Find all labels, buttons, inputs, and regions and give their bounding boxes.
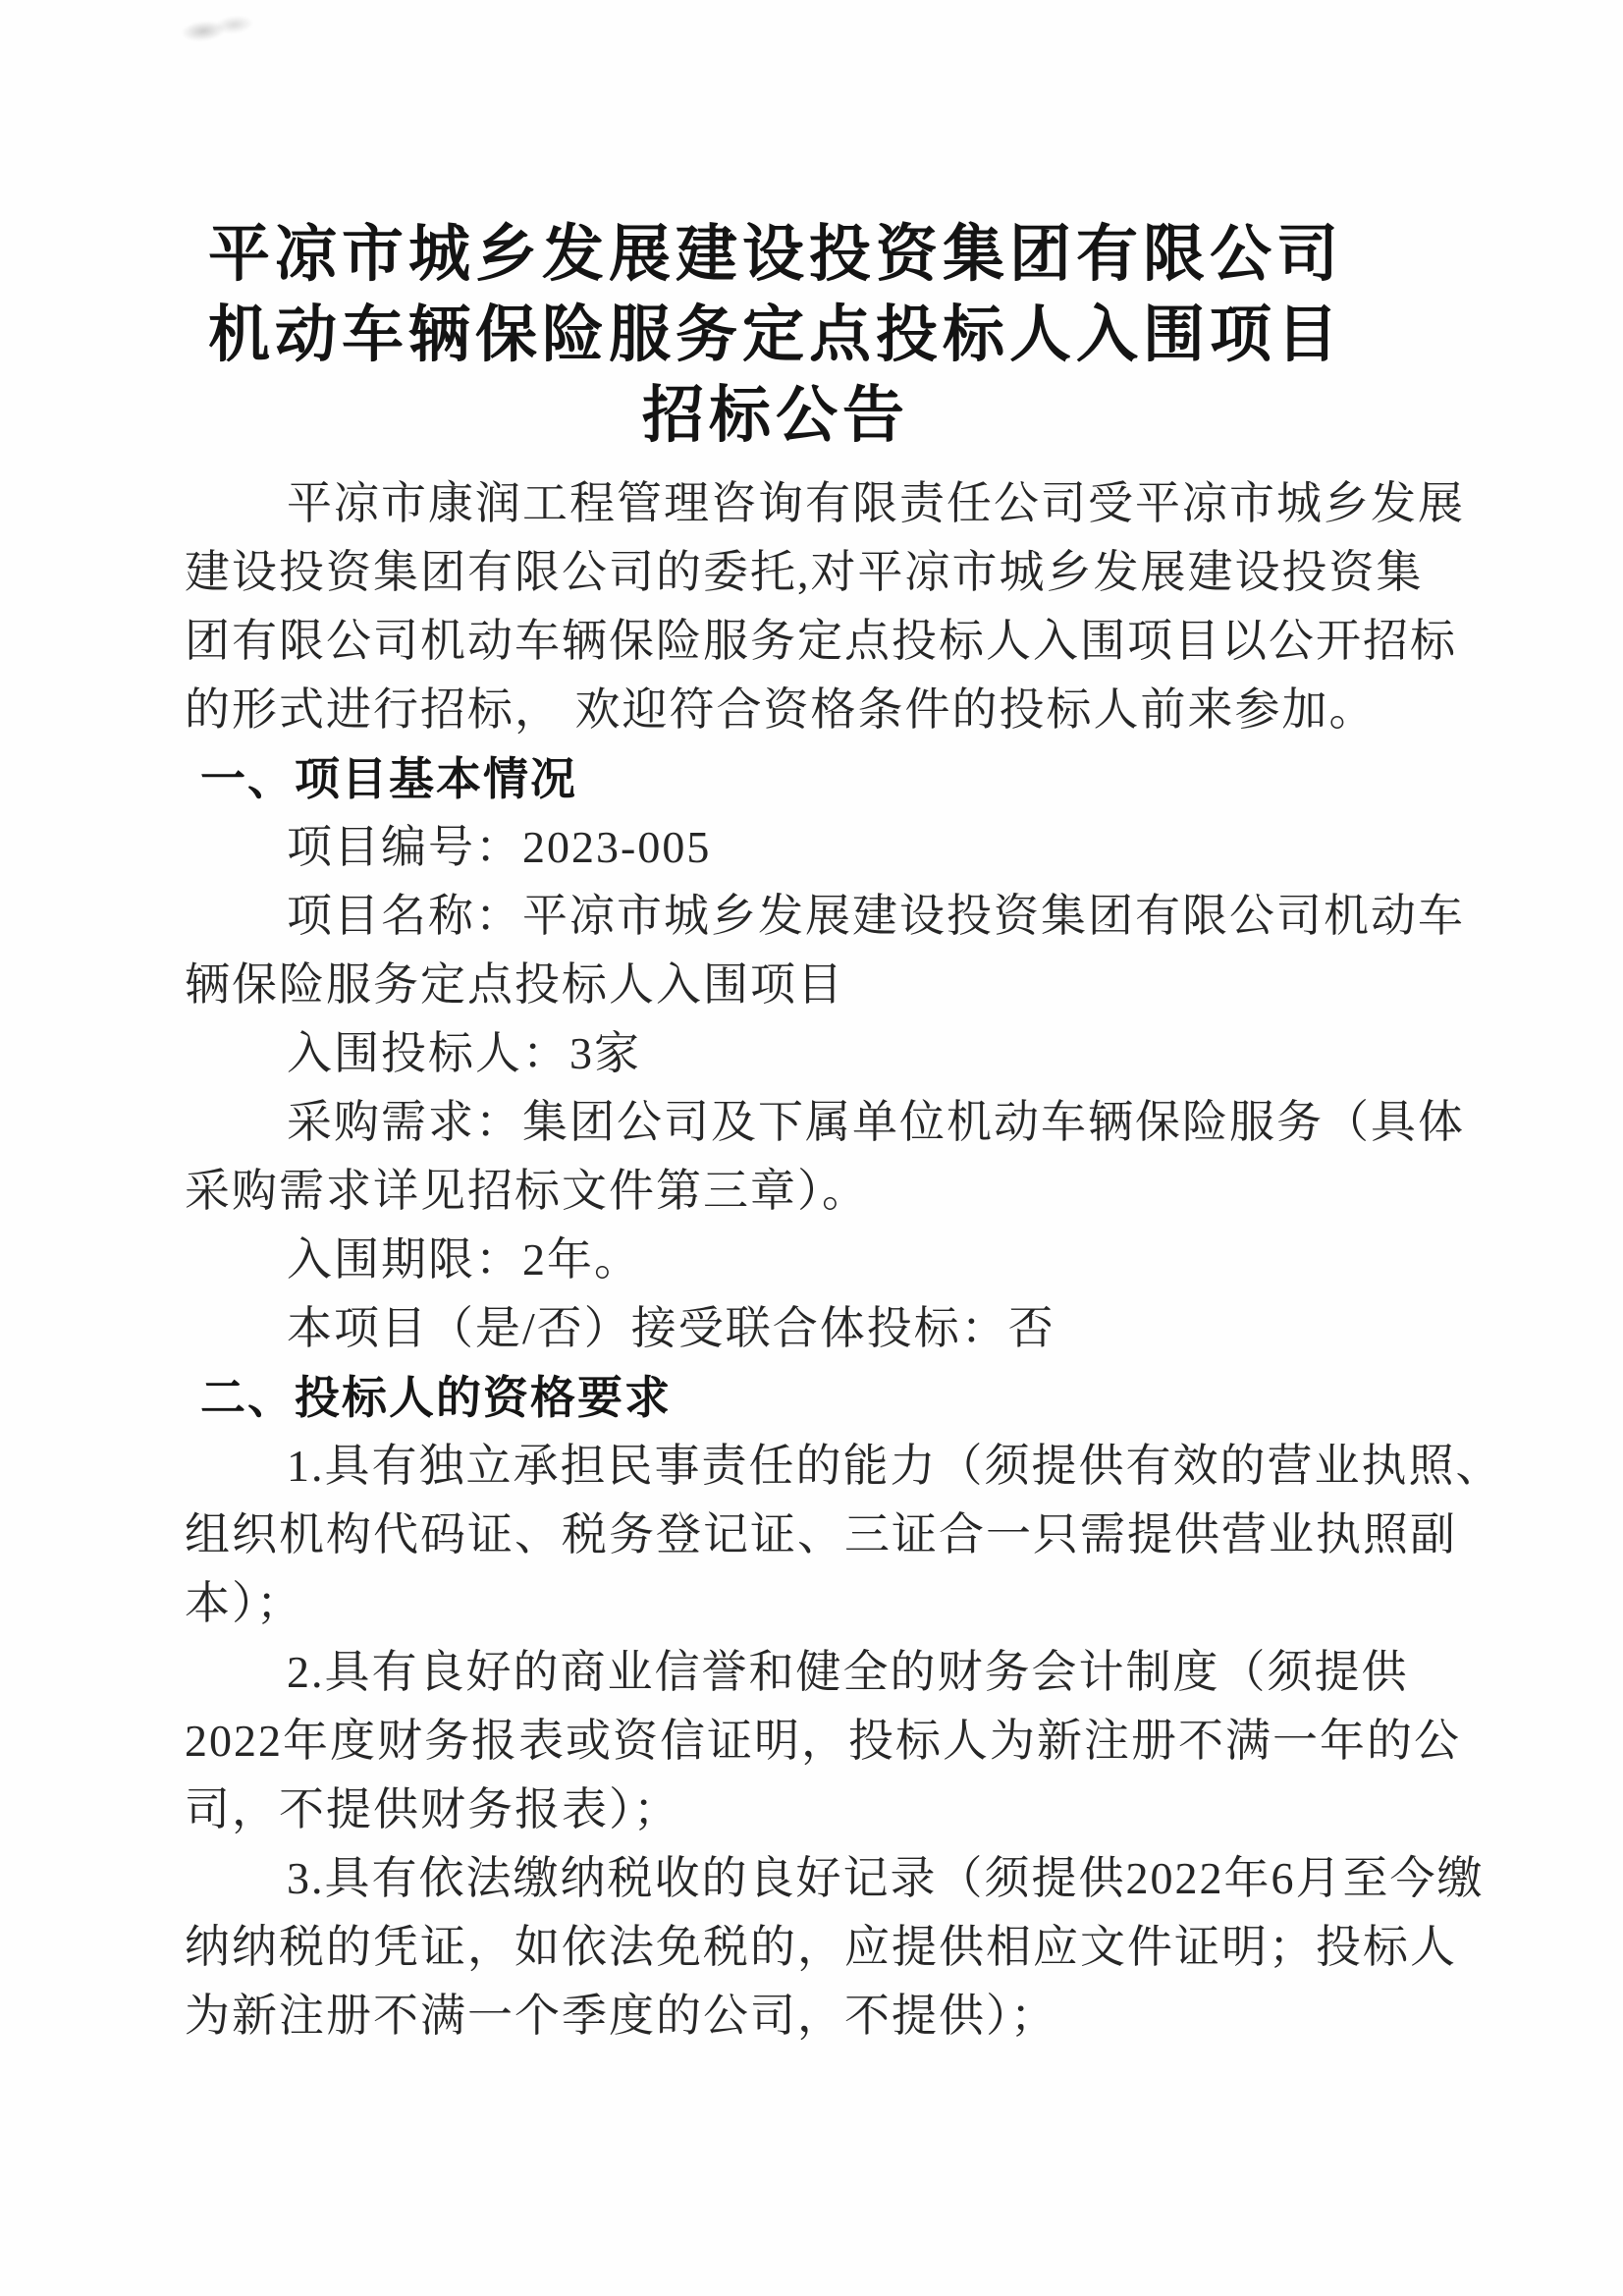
text-line: 2.具有良好的商业信誉和健全的财务会计制度（须提供 xyxy=(185,1638,1451,1707)
text-line: 司，不提供财务报表）； xyxy=(185,1776,1451,1844)
document-title: 平凉市城乡发展建设投资集团有限公司 机动车辆保险服务定点投标人入围项目 招标公告 xyxy=(0,214,1551,456)
text-line: 的形式进行招标， 欢迎符合资格条件的投标人前来参加。 xyxy=(185,676,1451,744)
text-line: 建设投资集团有限公司的委托,对平凉市城乡发展建设投资集 xyxy=(185,538,1451,607)
document-page: 平凉市城乡发展建设投资集团有限公司 机动车辆保险服务定点投标人入围项目 招标公告… xyxy=(0,0,1623,2296)
text-line: 采购需求：集团公司及下属单位机动车辆保险服务（具体 xyxy=(185,1088,1451,1157)
title-line-3: 招标公告 xyxy=(0,375,1551,456)
text-line: 平凉市康润工程管理咨询有限责任公司受平凉市城乡发展 xyxy=(185,469,1451,538)
text-line: 团有限公司机动车辆保险服务定点投标人入围项目以公开招标 xyxy=(185,607,1451,676)
section-heading: 二、投标人的资格要求 xyxy=(185,1363,1451,1432)
text-line: 2022年度财务报表或资信证明，投标人为新注册不满一年的公 xyxy=(185,1707,1451,1776)
title-line-1: 平凉市城乡发展建设投资集团有限公司 xyxy=(0,214,1551,295)
text-line: 3.具有依法缴纳税收的良好记录（须提供2022年6月至今缴 xyxy=(185,1844,1451,1913)
document-body: 平凉市康润工程管理咨询有限责任公司受平凉市城乡发展建设投资集团有限公司的委托,对… xyxy=(185,469,1451,2050)
text-line: 为新注册不满一个季度的公司，不提供）； xyxy=(185,1982,1451,2050)
text-line: 入围投标人：3家 xyxy=(185,1019,1451,1088)
text-line: 项目编号：2023-005 xyxy=(185,813,1451,882)
text-line: 本项目（是/否）接受联合体投标：否 xyxy=(185,1294,1451,1363)
text-line: 1.具有独立承担民事责任的能力（须提供有效的营业执照、 xyxy=(185,1432,1451,1501)
text-line: 组织机构代码证、税务登记证、三证合一只需提供营业执照副 xyxy=(185,1501,1451,1569)
section-heading: 一、项目基本情况 xyxy=(185,744,1451,813)
text-line: 项目名称：平凉市城乡发展建设投资集团有限公司机动车 xyxy=(185,882,1451,951)
text-line: 纳纳税的凭证，如依法免税的，应提供相应文件证明；投标人 xyxy=(185,1913,1451,1982)
text-line: 入围期限：2年。 xyxy=(185,1226,1451,1294)
text-line: 采购需求详见招标文件第三章）。 xyxy=(185,1157,1451,1226)
text-line: 辆保险服务定点投标人入围项目 xyxy=(185,951,1451,1019)
text-line: 本）； xyxy=(185,1569,1451,1638)
scan-artifact xyxy=(179,10,260,49)
title-line-2: 机动车辆保险服务定点投标人入围项目 xyxy=(0,295,1551,375)
